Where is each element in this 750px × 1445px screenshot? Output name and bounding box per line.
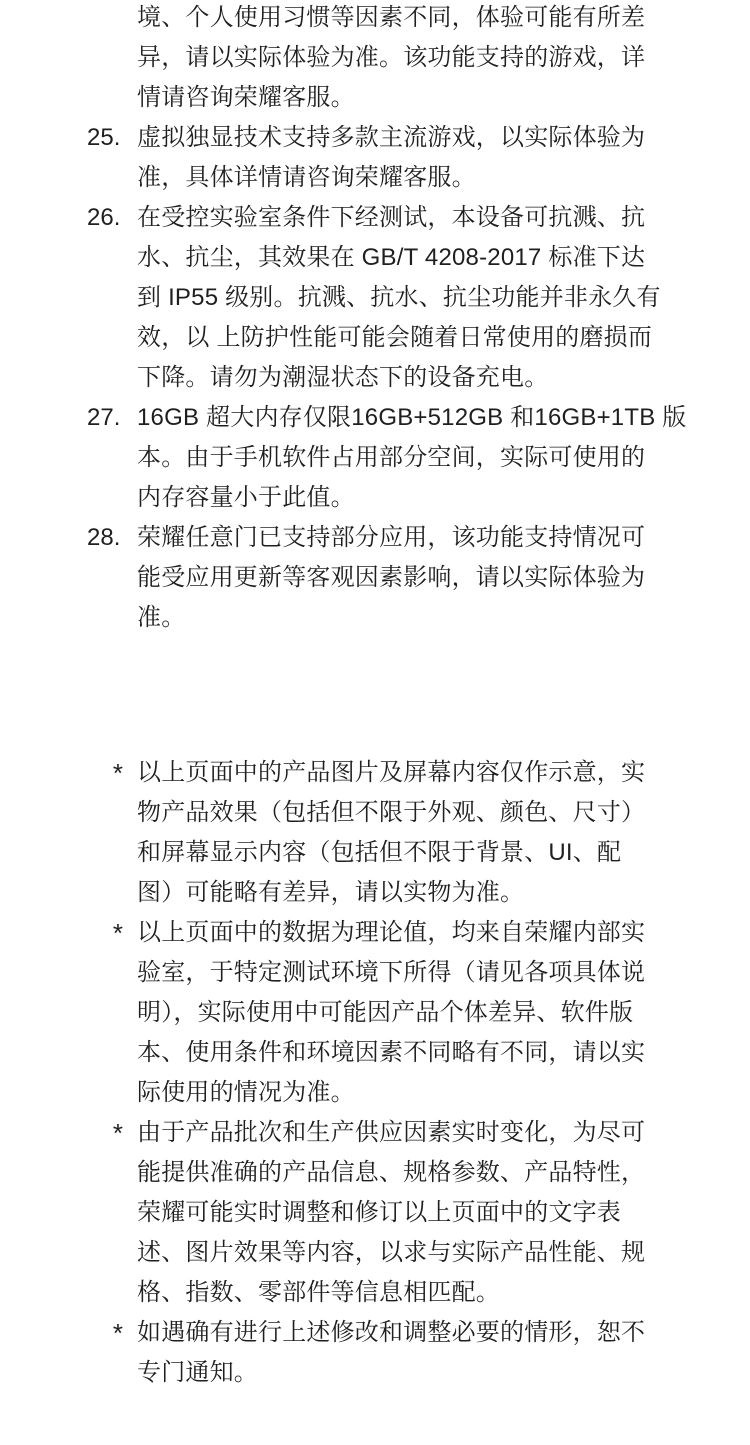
note-line: 16GB 超大内存仅限16GB+512GB 和16GB+1TB 版 — [137, 398, 692, 438]
note-line: 图）可能略有差异，请以实物为准。 — [137, 873, 692, 913]
note-body: 如遇确有进行上述修改和调整必要的情形，恕不专门通知。 — [137, 1313, 692, 1393]
footnotes-section: * 以上页面中的产品图片及屏幕内容仅作示意，实物产品效果（包括但不限于外观、颜色… — [0, 753, 750, 1393]
note-body: 16GB 超大内存仅限16GB+512GB 和16GB+1TB 版本。由于手机软… — [137, 398, 692, 518]
note-body: 虚拟独显技术支持多款主流游戏，以实际体验为准，具体详情请咨询荣耀客服。 — [137, 118, 692, 198]
note-marker: * — [87, 1313, 137, 1353]
note-line: 和屏幕显示内容（包括但不限于背景、UI、配 — [137, 833, 692, 873]
note-line: 以上页面中的产品图片及屏幕内容仅作示意，实 — [137, 753, 692, 793]
note-body: 以上页面中的产品图片及屏幕内容仅作示意，实物产品效果（包括但不限于外观、颜色、尺… — [137, 753, 692, 913]
note-line: 能提供准确的产品信息、规格参数、产品特性， — [137, 1153, 692, 1193]
note-line: 在受控实验室条件下经测试，本设备可抗溅、抗 — [137, 198, 692, 238]
note-marker: 28. — [87, 518, 137, 558]
numbered-notes-section: 境、个人使用习惯等因素不同，体验可能有所差异，请以实际体验为准。该功能支持的游戏… — [0, 0, 750, 638]
note-line: 由于产品批次和生产供应因素实时变化，为尽可 — [137, 1113, 692, 1153]
note-line: 异，请以实际体验为准。该功能支持的游戏，详 — [137, 38, 692, 78]
note-line: 以上页面中的数据为理论值，均来自荣耀内部实 — [137, 913, 692, 953]
note-line: 准，具体详情请咨询荣耀客服。 — [137, 158, 692, 198]
note-item: 境、个人使用习惯等因素不同，体验可能有所差异，请以实际体验为准。该功能支持的游戏… — [87, 0, 692, 118]
note-item: 28. 荣耀任意门已支持部分应用，该功能支持情况可能受应用更新等客观因素影响，请… — [87, 518, 692, 638]
note-line: 本、使用条件和环境因素不同略有不同，请以实 — [137, 1033, 692, 1073]
note-body: 境、个人使用习惯等因素不同，体验可能有所差异，请以实际体验为准。该功能支持的游戏… — [137, 0, 692, 118]
note-line: 述、图片效果等内容，以求与实际产品性能、规 — [137, 1233, 692, 1273]
note-body: 在受控实验室条件下经测试，本设备可抗溅、抗水、抗尘，其效果在 GB/T 4208… — [137, 198, 692, 398]
note-item: * 如遇确有进行上述修改和调整必要的情形，恕不专门通知。 — [87, 1313, 692, 1393]
note-item: * 以上页面中的数据为理论值，均来自荣耀内部实验室，于特定测试环境下所得（请见各… — [87, 913, 692, 1113]
note-marker: * — [87, 913, 137, 953]
disclaimer-page: 境、个人使用习惯等因素不同，体验可能有所差异，请以实际体验为准。该功能支持的游戏… — [0, 0, 750, 1445]
note-line: 如遇确有进行上述修改和调整必要的情形，恕不 — [137, 1313, 692, 1353]
note-line: 荣耀任意门已支持部分应用，该功能支持情况可 — [137, 518, 692, 558]
note-item: * 以上页面中的产品图片及屏幕内容仅作示意，实物产品效果（包括但不限于外观、颜色… — [87, 753, 692, 913]
note-marker: 27. — [87, 398, 137, 438]
note-line: 准。 — [137, 598, 692, 638]
note-line: 内存容量小于此值。 — [137, 478, 692, 518]
note-line: 明），实际使用中可能因产品个体差异、软件版 — [137, 993, 692, 1033]
note-item: 27. 16GB 超大内存仅限16GB+512GB 和16GB+1TB 版本。由… — [87, 398, 692, 518]
note-line: 物产品效果（包括但不限于外观、颜色、尺寸） — [137, 793, 692, 833]
note-marker: 25. — [87, 118, 137, 158]
note-marker: 26. — [87, 198, 137, 238]
note-line: 荣耀可能实时调整和修订以上页面中的文字表 — [137, 1193, 692, 1233]
note-line: 际使用的情况为准。 — [137, 1073, 692, 1113]
note-marker: * — [87, 753, 137, 793]
note-line: 效，以 上防护性能可能会随着日常使用的磨损而 — [137, 318, 692, 358]
note-body: 以上页面中的数据为理论值，均来自荣耀内部实验室，于特定测试环境下所得（请见各项具… — [137, 913, 692, 1113]
note-item: 26. 在受控实验室条件下经测试，本设备可抗溅、抗水、抗尘，其效果在 GB/T … — [87, 198, 692, 398]
note-line: 能受应用更新等客观因素影响，请以实际体验为 — [137, 558, 692, 598]
note-item: 25. 虚拟独显技术支持多款主流游戏，以实际体验为准，具体详情请咨询荣耀客服。 — [87, 118, 692, 198]
note-line: 到 IP55 级别。抗溅、抗水、抗尘功能并非永久有 — [137, 278, 692, 318]
note-body: 由于产品批次和生产供应因素实时变化，为尽可能提供准确的产品信息、规格参数、产品特… — [137, 1113, 692, 1313]
note-line: 虚拟独显技术支持多款主流游戏，以实际体验为 — [137, 118, 692, 158]
note-line: 境、个人使用习惯等因素不同，体验可能有所差 — [137, 0, 692, 38]
note-line: 情请咨询荣耀客服。 — [137, 78, 692, 118]
note-body: 荣耀任意门已支持部分应用，该功能支持情况可能受应用更新等客观因素影响，请以实际体… — [137, 518, 692, 638]
note-line: 验室，于特定测试环境下所得（请见各项具体说 — [137, 953, 692, 993]
note-line: 水、抗尘，其效果在 GB/T 4208-2017 标准下达 — [137, 238, 692, 278]
note-line: 下降。请勿为潮湿状态下的设备充电。 — [137, 358, 692, 398]
note-line: 本。由于手机软件占用部分空间，实际可使用的 — [137, 438, 692, 478]
note-marker: * — [87, 1113, 137, 1153]
note-line: 格、指数、零部件等信息相匹配。 — [137, 1273, 692, 1313]
note-item: * 由于产品批次和生产供应因素实时变化，为尽可能提供准确的产品信息、规格参数、产… — [87, 1113, 692, 1313]
note-line: 专门通知。 — [137, 1353, 692, 1393]
